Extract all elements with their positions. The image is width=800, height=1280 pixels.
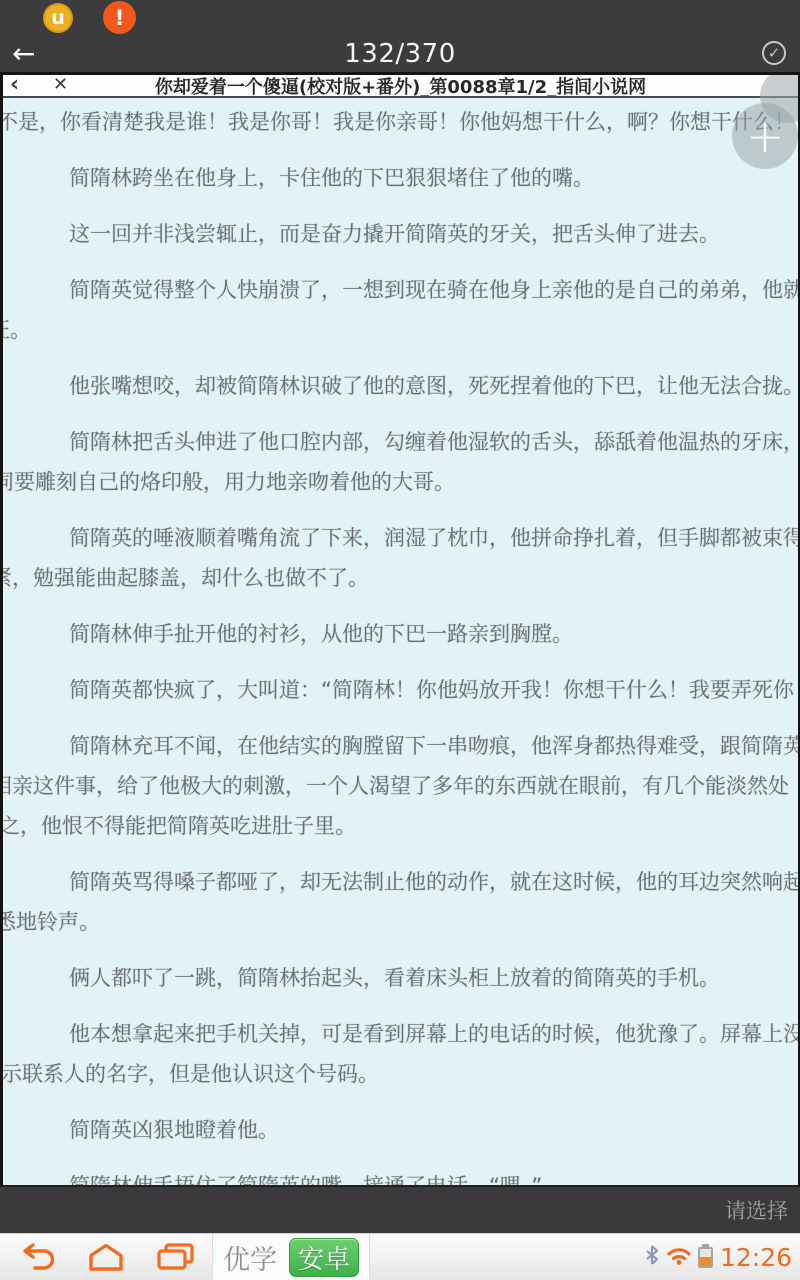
status-bar: u !: [0, 0, 800, 35]
bottom-nav-bar: 优学 安卓 12:26: [0, 1233, 800, 1280]
wifi-icon: [667, 1246, 691, 1269]
nav-icons: [0, 1242, 198, 1272]
novel-line: 简隋林充耳不闻，在他结实的胸膛留下一串吻痕，他浑身都热得难受，跟简隋英肌肤: [11, 726, 798, 766]
novel-line: 简隋英的唾液顺着嘴角流了下来，润湿了枕巾，他拼命挣扎着，但手脚都被束得很: [11, 518, 798, 558]
clock: 12:26: [720, 1243, 792, 1272]
nav-back-icon[interactable]: [14, 1242, 58, 1272]
android-button[interactable]: 安卓: [289, 1238, 359, 1277]
novel-line: 他本想拿起来把手机关掉，可是看到屏幕上的电话的时候，他犹豫了。屏幕上没有显: [11, 1014, 798, 1054]
app-header: ← 132/370 ✓: [0, 35, 800, 72]
novel-line: 紧，勉强能曲起膝盖，却什么也做不了。: [3, 558, 798, 598]
novel-line: 不是，你看清楚我是谁！我是你哥！我是你亲哥！你他妈想干什么，啊？你想干什么！: [3, 102, 798, 142]
selection-bar: 请选择: [0, 1187, 800, 1233]
novel-line: 相亲这件事，给了他极大的刺激，一个人渴望了多年的东西就在眼前，有几个能淡然处: [3, 766, 798, 806]
battery-icon: [698, 1247, 713, 1268]
webview: ‹ ✕ 你却爱着一个傻逼(校对版+番外)_第0088章1/2_指间小说网 不是，…: [0, 72, 800, 1187]
nav-recents-icon[interactable]: [154, 1242, 198, 1272]
novel-line: 示联系人的名字，但是他认识这个号码。: [3, 1054, 798, 1094]
selection-prompt: 请选择: [725, 1195, 788, 1225]
page-indicator: 132/370: [0, 39, 800, 69]
novel-line: 狂。: [3, 310, 798, 350]
novel-line: 悉地铃声。: [3, 902, 798, 942]
novel-line: 俩人都吓了一跳，简隋林抬起头，看着床头柜上放着的简隋英的手机。: [11, 958, 798, 998]
browser-title-bar: ‹ ✕ 你却爱着一个傻逼(校对版+番外)_第0088章1/2_指间小说网: [3, 75, 798, 98]
novel-line: 简隋英骂得嗓子都哑了，却无法制止他的动作，就在这时候，他的耳边突然响起了熟: [11, 862, 798, 902]
app-switcher-panel: 优学 安卓: [212, 1234, 370, 1280]
novel-line: 简隋林跨坐在他身上，卡住他的下巴狠狠堵住了他的嘴。: [11, 158, 798, 198]
novel-line: 简隋林伸手扯开他的衬衫，从他的下巴一路亲到胸膛。: [11, 614, 798, 654]
check-circle-icon[interactable]: ✓: [762, 41, 786, 65]
plus-fab-button[interactable]: +: [732, 103, 798, 169]
app-label-youxue[interactable]: 优学: [223, 1238, 277, 1277]
novel-line: 简隋英凶狠地瞪着他。: [11, 1110, 798, 1150]
novel-line: 简隋英都快疯了，大叫道：“简隋林！你他妈放开我！你想干什么！我要弄死你！”: [11, 670, 798, 710]
notification-alert-icon: !: [103, 1, 136, 34]
nav-home-icon[interactable]: [84, 1242, 128, 1272]
novel-line: 同要雕刻自己的烙印般，用力地亲吻着他的大哥。: [3, 462, 798, 502]
novel-line: 这一回并非浅尝辄止，而是奋力撬开简隋英的牙关，把舌头伸了进去。: [11, 214, 798, 254]
browser-page-title: 你却爱着一个傻逼(校对版+番外)_第0088章1/2_指间小说网: [3, 75, 798, 98]
novel-line: 之，他恨不得能把简隋英吃进肚子里。: [3, 806, 798, 846]
system-status: 12:26: [644, 1243, 800, 1272]
novel-line: 简隋英觉得整个人快崩溃了，一想到现在骑在他身上亲他的是自己的弟弟，他就要发: [11, 270, 798, 310]
novel-line: 简隋林把舌头伸进了他口腔内部，勾缠着他湿软的舌头，舔舐着他温热的牙床，就如: [11, 422, 798, 462]
novel-text: 不是，你看清楚我是谁！我是你哥！我是你亲哥！你他妈想干什么，啊？你想干什么！简隋…: [3, 100, 798, 1185]
novel-line: 他张嘴想咬，却被简隋林识破了他的意图，死死捏着他的下巴，让他无法合拢。: [11, 366, 798, 406]
novel-line: 简隋林伸手捂住了简隋英的嘴，接通了电话，“喂。”: [11, 1166, 798, 1185]
android-screen: u ! ← 132/370 ✓ ‹ ✕ 你却爱着一个傻逼(校对版+番外)_第00…: [0, 0, 800, 1280]
notification-u-icon: u: [43, 3, 73, 33]
bluetooth-icon: [644, 1244, 660, 1270]
